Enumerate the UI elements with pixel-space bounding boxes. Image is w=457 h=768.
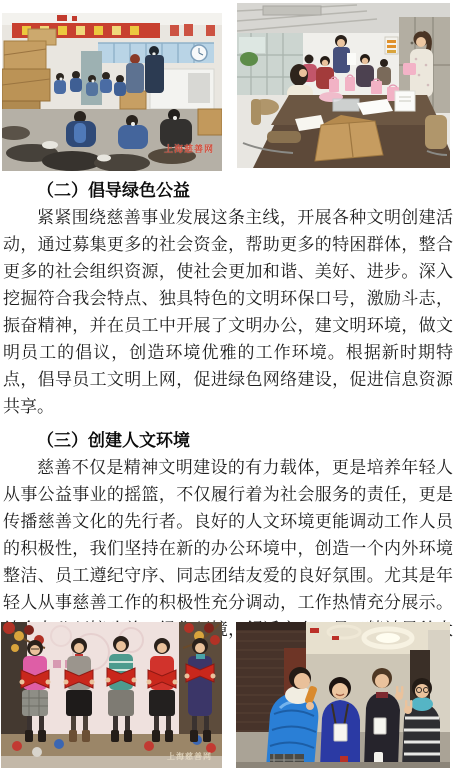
office-photo-illustration xyxy=(237,3,450,168)
section-body-green-charity: 紧紧围绕慈善事业发展这条主线，开展各种文明创建活动，通过募集更多的社会资金，帮助… xyxy=(3,204,453,420)
document-text: （二）倡导绿色公益 紧紧围绕慈善事业发展这条主线，开展各种文明创建活动，通过募集… xyxy=(3,177,453,670)
stage-photo-illustration xyxy=(1,622,222,768)
photo-warehouse-sorting: 上海慈善网 xyxy=(2,13,222,171)
photo-staff-group xyxy=(236,622,450,768)
section-heading-green-charity: （二）倡导绿色公益 xyxy=(3,177,453,204)
document-page: 上海慈善网 xyxy=(0,0,457,768)
warehouse-photo-illustration xyxy=(2,13,222,171)
photo-office-gift-packing xyxy=(237,3,450,168)
group-photo-illustration xyxy=(236,622,450,768)
section-heading-humane-environment: （三）创建人文环境 xyxy=(3,427,453,454)
photo-stage-reading: 上海慈善网 xyxy=(1,622,222,768)
